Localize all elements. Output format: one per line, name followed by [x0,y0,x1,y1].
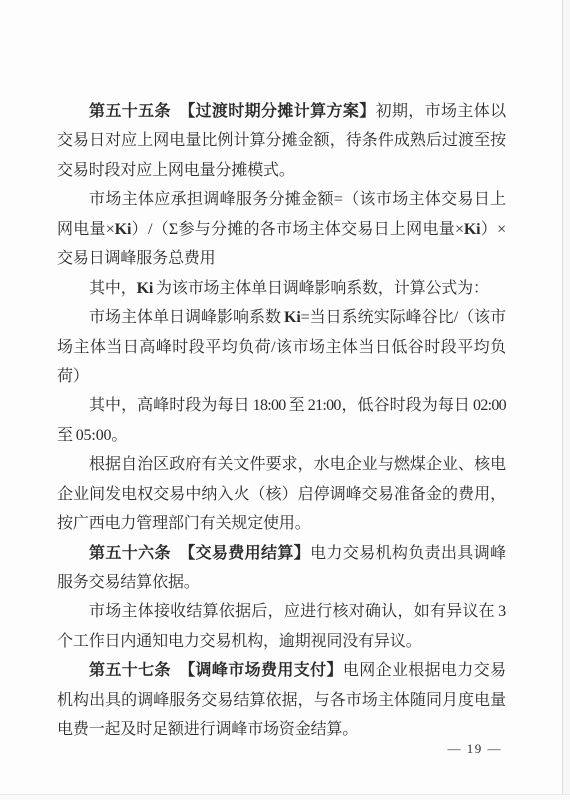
paragraph: 第五十六条 【交易费用结算】电力交易机构负责出具调峰服务交易结算依据。 [57,539,506,598]
document-body: 第五十五条 【过渡时期分摊计算方案】初期，市场主体以交易日对应上网电量比例计算分… [57,97,506,745]
body-text: 电力交易机构负责出具调峰 [310,545,506,562]
body-text: 企业间发电权交易中纳入火（核）启停调峰交易准备金的费用， [57,486,506,503]
body-text: 为该市场主体单日调峰影响系数，计算公式为： [153,280,489,297]
text-line: 按广西电力管理部门有关规定使用。 [57,509,506,538]
text-line: 市场主体单日调峰影响系数 Ki=当日系统实际峰谷比/（该市 [57,303,506,332]
paragraph: 市场主体应承担调峰服务分摊金额=（该市场主体交易日上网电量×Ki）/（Σ参与分摊… [57,185,506,273]
body-text: 荷） [57,368,89,385]
emphasis-text: Ki [137,280,154,297]
body-text: 其中， [89,280,137,297]
text-line: 交易时段对应上网电量分摊模式。 [57,156,506,185]
body-text: 电网企业根据电力交易 [343,662,506,679]
body-text: 交易时段对应上网电量分摊模式。 [57,162,295,179]
emphasis-text: 第五十七条 【调峰市场费用支付】 [89,662,343,679]
emphasis-text: Ki [284,309,301,326]
emphasis-text: 第五十六条 【交易费用结算】 [89,545,310,562]
body-text: 交易日调峰服务总费用 [57,250,216,267]
body-text: 市场主体接收结算依据后，应进行核对确认，如有异议在 3 [89,603,506,620]
text-line: 至 05:00。 [57,421,506,450]
body-text: 网电量× [57,221,115,238]
scanned-document-page: 第五十五条 【过渡时期分摊计算方案】初期，市场主体以交易日对应上网电量比例计算分… [0,0,570,800]
text-line: 第五十七条 【调峰市场费用支付】电网企业根据电力交易 [57,656,506,685]
text-line: 交易日对应上网电量比例计算分摊金额，待条件成熟后过渡至按 [57,126,506,155]
paragraph: 市场主体接收结算依据后，应进行核对确认，如有异议在 3个工作日内通知电力交易机构… [57,597,506,656]
emphasis-text: Ki [115,221,132,238]
text-line: 机构出具的调峰服务交易结算依据，与各市场主体随同月度电量 [57,686,506,715]
text-line: 服务交易结算依据。 [57,568,506,597]
text-line: 市场主体接收结算依据后，应进行核对确认，如有异议在 3 [57,597,506,626]
text-line: 网电量×Ki）/（Σ参与分摊的各市场主体交易日上网电量×Ki）× [57,215,506,244]
body-text: 场主体当日高峰时段平均负荷/该市场主体当日低谷时段平均负 [57,339,506,356]
body-text: ）× [480,221,506,238]
paragraph: 第五十七条 【调峰市场费用支付】电网企业根据电力交易机构出具的调峰服务交易结算依… [57,656,506,744]
body-text: 按广西电力管理部门有关规定使用。 [57,515,311,532]
paragraph: 市场主体单日调峰影响系数 Ki=当日系统实际峰谷比/（该市场主体当日高峰时段平均… [57,303,506,391]
body-text: =当日系统实际峰谷比/（该市 [301,309,506,326]
body-text: 个工作日内通知电力交易机构，逾期视同没有异议。 [57,633,422,650]
emphasis-text: Ki [464,221,481,238]
text-line: 个工作日内通知电力交易机构，逾期视同没有异议。 [57,627,506,656]
page-number: — 19 — [448,741,503,757]
body-text: 其中，高峰时段为每日 18:00 至 21:00，低谷时段为每日 02:00 [89,397,506,414]
text-line: 电费一起及时足额进行调峰市场资金结算。 [57,715,506,744]
emphasis-text: 第五十五条 【过渡时期分摊计算方案】 [89,103,376,120]
body-text: 服务交易结算依据。 [57,574,200,591]
text-line: 企业间发电权交易中纳入火（核）启停调峰交易准备金的费用， [57,480,506,509]
text-line: 场主体当日高峰时段平均负荷/该市场主体当日低谷时段平均负 [57,333,506,362]
scan-page-right-edge [562,0,570,800]
body-text: ）/（Σ参与分摊的各市场主体交易日上网电量× [131,221,464,238]
body-text: 初期，市场主体以 [376,103,506,120]
body-text: 市场主体应承担调峰服务分摊金额=（该市场主体交易日上 [89,191,506,208]
body-text: 根据自治区政府有关文件要求，水电企业与燃煤企业、核电 [89,456,506,473]
scan-page-bottom-edge [0,794,570,800]
text-line: 市场主体应承担调峰服务分摊金额=（该市场主体交易日上 [57,185,506,214]
body-text: 机构出具的调峰服务交易结算依据，与各市场主体随同月度电量 [57,692,506,709]
text-line: 第五十五条 【过渡时期分摊计算方案】初期，市场主体以 [57,97,506,126]
text-line: 其中，高峰时段为每日 18:00 至 21:00，低谷时段为每日 02:00 [57,391,506,420]
text-line: 交易日调峰服务总费用 [57,244,506,273]
body-text: 电费一起及时足额进行调峰市场资金结算。 [57,721,358,738]
paragraph: 其中，Ki 为该市场主体单日调峰影响系数，计算公式为： [57,274,506,303]
paragraph: 根据自治区政府有关文件要求，水电企业与燃煤企业、核电企业间发电权交易中纳入火（核… [57,450,506,538]
body-text: 市场主体单日调峰影响系数 [89,309,284,326]
text-line: 荷） [57,362,506,391]
paragraph: 第五十五条 【过渡时期分摊计算方案】初期，市场主体以交易日对应上网电量比例计算分… [57,97,506,185]
text-line: 第五十六条 【交易费用结算】电力交易机构负责出具调峰 [57,539,506,568]
text-line: 根据自治区政府有关文件要求，水电企业与燃煤企业、核电 [57,450,506,479]
paragraph: 其中，高峰时段为每日 18:00 至 21:00，低谷时段为每日 02:00至 … [57,391,506,450]
body-text: 交易日对应上网电量比例计算分摊金额，待条件成熟后过渡至按 [57,132,506,149]
text-line: 其中，Ki 为该市场主体单日调峰影响系数，计算公式为： [57,274,506,303]
body-text: 至 05:00。 [57,427,127,444]
